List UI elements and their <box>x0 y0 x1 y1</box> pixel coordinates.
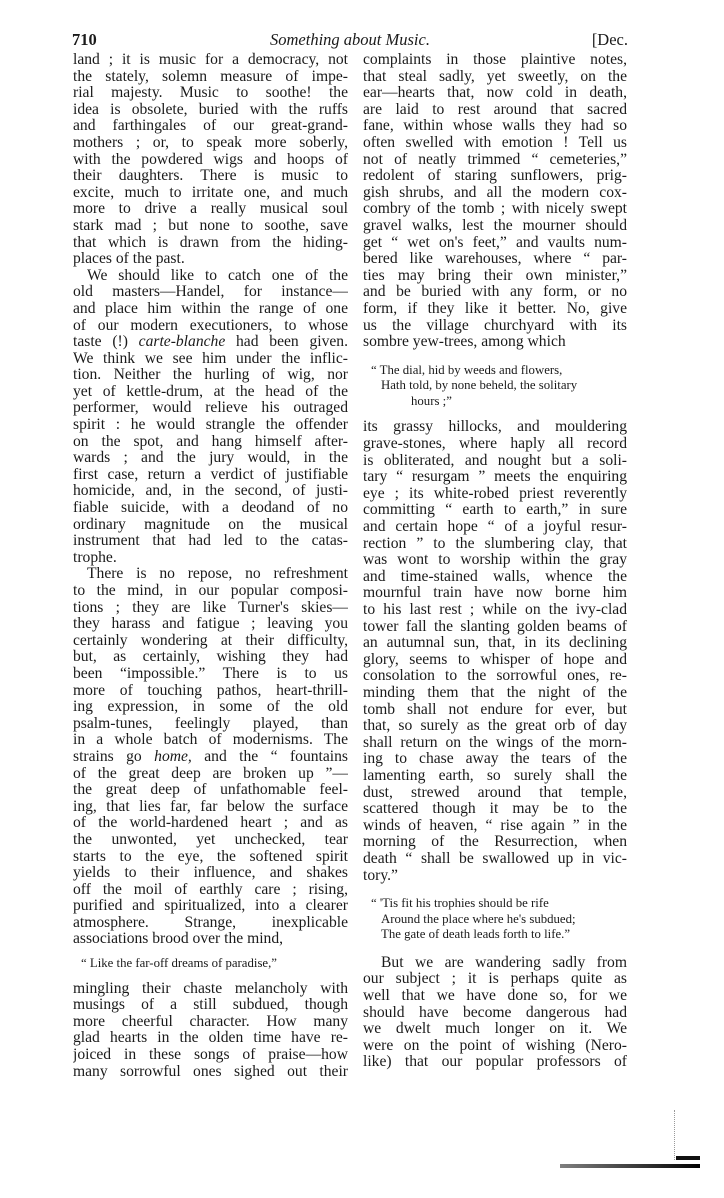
text-line: ing to chase away the tears of the <box>363 751 627 768</box>
text-line: redolent of staring sunflowers, prig- <box>363 168 627 185</box>
text-line: and certain hope “ of a joyful resur- <box>363 519 627 536</box>
text-line: not of neatly trimmed “ cemeteries,” <box>363 152 627 169</box>
text-line: of our modern executioners, to whose <box>73 318 348 335</box>
text-line: land ; it is music for a democracy, not <box>73 52 348 69</box>
text-line: get “ wet on's feet,” and vaults num- <box>363 235 627 252</box>
text-line: is obliterated, and nought but a soli- <box>363 453 627 470</box>
corner-mark <box>676 1156 700 1160</box>
text-line: gravel walks, lest the mourner should <box>363 218 627 235</box>
text-line: spirit : he would strangle the offender <box>73 417 348 434</box>
verse-line: “ 'Tis fit his trophies should be rife <box>371 896 627 912</box>
text-line: tary “ resurgam ” meets the enquiring <box>363 469 627 486</box>
text-line: we dwelt much longer on it. We <box>363 1021 627 1038</box>
verse-line: “ Like the far-off dreams of paradise,” <box>81 956 348 972</box>
text-line: their daughters. There is music to <box>73 168 348 185</box>
text-line: more cheerful character. How many <box>73 1014 348 1031</box>
text-line: well that we have done so, for we <box>363 988 627 1005</box>
text-line: of the world-hardened heart ; and as <box>73 815 348 832</box>
text-line: glad hearts in the olden time have re- <box>73 1030 348 1047</box>
text-line: fane, within whose walls they had so <box>363 118 627 135</box>
text-line: tower fall the slanting golden beams of <box>363 619 627 636</box>
text-line: and farthingales of our great-grand- <box>73 118 348 135</box>
text-line: on the spot, and hang himself after- <box>73 434 348 451</box>
text-line: are laid to rest around that sacred <box>363 102 627 119</box>
text-line: mothers ; or, to speak more soberly, <box>73 135 348 152</box>
text-line: mingling their chaste melancholy with <box>73 981 348 998</box>
text-line: associations brood over the mind, <box>73 931 348 948</box>
verse-line: hours ;” <box>371 394 627 410</box>
text-line: starts to the eye, the softened spirit <box>73 849 348 866</box>
text-line: the great deep of unfathomable feel- <box>73 782 348 799</box>
text-line: more of touching pathos, heart-thrill- <box>73 683 348 700</box>
verse-line: The gate of death leads forth to life.” <box>371 927 627 943</box>
text-line: consolation to the sorrowful ones, re- <box>363 668 627 685</box>
text-line: often swelled with emotion ! Tell us <box>363 135 627 152</box>
italic-term: carte-blanche <box>139 334 226 350</box>
text-line: that steal sadly, yet sweetly, on the <box>363 69 627 86</box>
text-line: complaints in those plaintive notes, <box>363 52 627 69</box>
text-line: us the village churchyard with its <box>363 318 627 335</box>
paragraph: But we are wandering sadly from our subj… <box>363 955 627 1071</box>
text-line: the unwonted, yet unchecked, tear <box>73 832 348 849</box>
text-line: stark mad ; but none to soothe, save <box>73 218 348 235</box>
text-line: rection ” to the slumbering clay, that <box>363 536 627 553</box>
scan-artifact-line <box>674 1110 676 1160</box>
text-line: ear—hearts that, now cold in death, <box>363 85 627 102</box>
text-line: that, so surely as the great orb of day <box>363 718 627 735</box>
right-column: complaints in those plaintive notes, tha… <box>363 52 627 1071</box>
text-line: glory, seems to whisper of hope and <box>363 652 627 669</box>
text-span: strains go <box>73 749 154 765</box>
text-line: ing, that lies far, far below the surfac… <box>73 799 348 816</box>
text-line: morning of the Resurrection, when <box>363 834 627 851</box>
text-line: to his last rest ; while on the ivy-clad <box>363 602 627 619</box>
text-line: mournful train have now borne him <box>363 585 627 602</box>
text-line: ing expression, in some of the old <box>73 699 348 716</box>
text-line: the stately, solemn measure of impe- <box>73 69 348 86</box>
text-line: in a whole batch of modernisms. The <box>73 732 348 749</box>
text-line: tomb shall not endure for ever, but <box>363 702 627 719</box>
verse-quote: “ The dial, hid by weeds and flowers, Ha… <box>371 363 627 410</box>
text-line: rial majesty. Music to soothe! the <box>73 85 348 102</box>
text-line: We should like to catch one of the <box>73 268 348 285</box>
text-line: of the great deep are broken up ”— <box>73 766 348 783</box>
text-line: bered like warehouses, where “ par- <box>363 251 627 268</box>
text-line: joiced in these songs of praise—how <box>73 1047 348 1064</box>
text-line: musings of a still subdued, though <box>73 997 348 1014</box>
text-line: certainly wondering at their difficulty, <box>73 633 348 650</box>
text-line: and time-stained walls, whence the <box>363 569 627 586</box>
text-line: more to drive a really musical soul <box>73 201 348 218</box>
text-line: atmosphere. Strange, inexplicable <box>73 915 348 932</box>
text-line: homicide, and, in the second, of justi- <box>73 483 348 500</box>
paragraph: There is no repose, no refreshment to th… <box>73 566 348 948</box>
italic-term: home, <box>154 749 192 765</box>
text-line: taste (!) carte-blanche had been given. <box>73 334 348 351</box>
verse-quote: “ 'Tis fit his trophies should be rife A… <box>371 896 627 943</box>
text-line: yet of kettle-drum, at the head of the <box>73 384 348 401</box>
text-line: ordinary magnitude on the musical <box>73 517 348 534</box>
text-line: ties may bring their own minister,” <box>363 268 627 285</box>
text-line: minding them that the night of the <box>363 685 627 702</box>
text-line: performer, would relieve his outraged <box>73 400 348 417</box>
text-line: combry of the tomb ; with nicely swept <box>363 201 627 218</box>
text-line: yields to their influence, and shakes <box>73 865 348 882</box>
text-line: they harass and fatigue ; leaving you <box>73 616 348 633</box>
text-line: scattered though it may be to the <box>363 801 627 818</box>
text-line: and be buried with any form, or no <box>363 284 627 301</box>
text-line: winds of heaven, “ rise again ” in the <box>363 818 627 835</box>
text-line: been “impossible.” There is to us <box>73 666 348 683</box>
text-line: many sorrowful ones sighed out their <box>73 1064 348 1081</box>
text-line: committing “ earth to earth,” in sure <box>363 502 627 519</box>
verse-quote: “ Like the far-off dreams of paradise,” <box>81 956 348 972</box>
text-line: form, if they like it better. No, give <box>363 301 627 318</box>
left-column: land ; it is music for a democracy, not … <box>73 52 348 1080</box>
document-page: 710 Something about Music. [Dec. land ; … <box>0 0 724 1198</box>
text-line: our subject ; it is perhaps quite as <box>363 971 627 988</box>
text-line: idea is obsolete, buried with the ruffs <box>73 102 348 119</box>
verse-line: Hath told, by none beheld, the solitary <box>371 378 627 394</box>
paragraph: land ; it is music for a democracy, not … <box>73 52 348 268</box>
text-line: first case, return a verdict of justifia… <box>73 467 348 484</box>
text-line: to the mind, in our popular composi- <box>73 583 348 600</box>
verse-line: Around the place where he's subdued; <box>371 912 627 928</box>
text-line: strains go home, and the “ fountains <box>73 749 348 766</box>
text-line: death “ shall be swallowed up in vic- <box>363 851 627 868</box>
text-line: tory.” <box>363 868 627 885</box>
text-line: instrument that had led to the catas- <box>73 533 348 550</box>
text-line: fiable suicide, with a deodand of no <box>73 500 348 517</box>
text-line: old masters—Handel, for instance— <box>73 284 348 301</box>
text-span: taste (!) <box>73 334 139 350</box>
paragraph: complaints in those plaintive notes, tha… <box>363 52 627 351</box>
text-line: excite, much to irritate one, and much <box>73 185 348 202</box>
text-span: had been given. <box>225 334 348 350</box>
text-line: But we are wandering sadly from <box>363 955 627 972</box>
text-line: like) that our popular professors of <box>363 1054 627 1071</box>
text-line: but, as certainly, wishing they had <box>73 649 348 666</box>
paragraph: its grassy hillocks, and mouldering grav… <box>363 419 627 884</box>
text-line: We think we see him under the inflic- <box>73 351 348 368</box>
text-line: tions ; they are like Turner's skies— <box>73 600 348 617</box>
text-line: wards ; and the jury would, in the <box>73 450 348 467</box>
text-line: trophe. <box>73 550 348 567</box>
text-line: There is no repose, no refreshment <box>73 566 348 583</box>
paragraph: We should like to catch one of the old m… <box>73 268 348 567</box>
text-line: and place him within the range of one <box>73 301 348 318</box>
text-line: lamenting earth, so surely shall the <box>363 768 627 785</box>
text-line: off the moil of earthly care ; rising, <box>73 882 348 899</box>
text-line: purified and spiritualized, into a clear… <box>73 898 348 915</box>
text-line: psalm-tunes, feelingly played, than <box>73 716 348 733</box>
text-line: places of the past. <box>73 251 348 268</box>
paragraph: mingling their chaste melancholy with mu… <box>73 981 348 1081</box>
text-line: eye ; its white-robed priest reverently <box>363 486 627 503</box>
verse-line: “ The dial, hid by weeds and flowers, <box>371 363 627 379</box>
running-month: [Dec. <box>592 30 628 50</box>
text-line: its grassy hillocks, and mouldering <box>363 419 627 436</box>
text-line: tion. Neither the hurling of wig, nor <box>73 367 348 384</box>
text-line: grave-stones, where haply all record <box>363 436 627 453</box>
text-line: shall return on the wings of the morn- <box>363 735 627 752</box>
running-title: Something about Music. <box>72 30 628 50</box>
text-line: that which is drawn from the hiding- <box>73 235 348 252</box>
text-line: should have become dangerous had <box>363 1005 627 1022</box>
text-span: and the “ fountains <box>192 749 348 765</box>
running-head: 710 Something about Music. [Dec. <box>72 30 628 50</box>
text-line: sombre yew-trees, among which <box>363 334 627 351</box>
text-line: gish shrubs, and all the modern cox- <box>363 185 627 202</box>
text-line: dust, strewed around that temple, <box>363 785 627 802</box>
text-line: an autumnal sun, that, in its declining <box>363 635 627 652</box>
text-line: was wont to worship within the gray <box>363 552 627 569</box>
text-line: with the powdered wigs and hoops of <box>73 152 348 169</box>
page-edge-shadow <box>560 1164 700 1168</box>
text-line: were on the point of wishing (Nero- <box>363 1038 627 1055</box>
